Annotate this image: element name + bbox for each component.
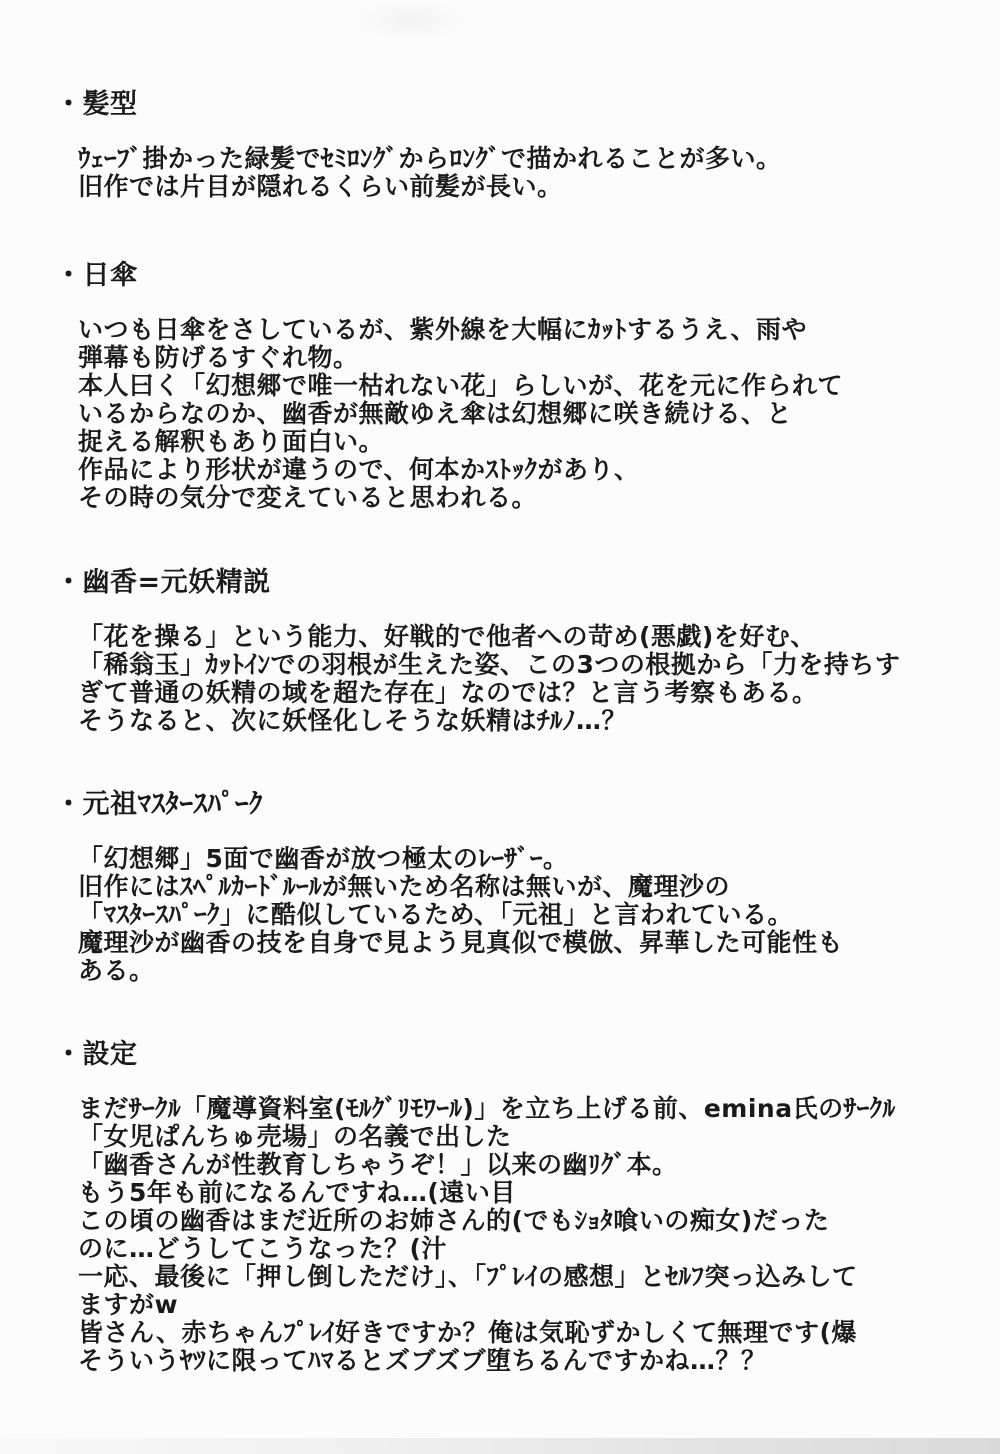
text-line: そうなると、次に妖怪化しそうな妖精はﾁﾙﾉ…？ [78,707,1000,735]
text-line: 「稀翁玉」ｶｯﾄｲﾝでの羽根が生えた姿、この3つの根拠から「力を持ちす [78,651,1000,679]
text-line: 「女児ぱんちゅ売場」の名義で出した [78,1123,1000,1151]
section-original-master-spark: ・元祖ﾏｽﾀｰｽﾊﾟｰｸ 「幻想郷」5面で幽香が放つ極太のﾚｰｻﾞｰ。 旧作には… [0,790,1000,985]
section-body: まだｻｰｸﾙ「魔導資料室(ﾓﾙｸﾞﾘﾓﾜｰﾙ)」を立ち上げる前、emina氏のｻ… [0,1095,1000,1375]
text-line: ｳｪｰﾌﾞ掛かった緑髪でｾﾐﾛﾝｸﾞからﾛﾝｸﾞで描かれることが多い。 [78,145,1000,173]
section-body: いつも日傘をさしているが、紫外線を大幅にｶｯﾄするうえ、雨や 弾幕も防げるすぐれ… [0,316,1000,512]
text-line: 「ﾏｽﾀｰｽﾊﾟｰｸ」に酷似しているため、「元祖」と言われている。 [78,901,1000,929]
section-hairstyle: ・髪型 ｳｪｰﾌﾞ掛かった緑髪でｾﾐﾛﾝｸﾞからﾛﾝｸﾞで描かれることが多い。 … [0,90,1000,201]
section-body: 「幻想郷」5面で幽香が放つ極太のﾚｰｻﾞｰ。 旧作にはｽﾍﾟﾙｶｰﾄﾞﾙｰﾙが無… [0,845,1000,985]
text-line: 弾幕も防げるすぐれ物。 [78,344,1000,372]
text-line: ある。 [78,957,1000,985]
text-line: その時の気分で変えていると思われる。 [78,484,1000,512]
section-body: 「花を操る」という能力、好戦的で他者への苛め(悪戯)を好む、 「稀翁玉」ｶｯﾄｲ… [0,623,1000,735]
text-line: 「幻想郷」5面で幽香が放つ極太のﾚｰｻﾞｰ。 [78,845,1000,873]
section-heading: ・髪型 [0,90,1000,120]
text-line: いつも日傘をさしているが、紫外線を大幅にｶｯﾄするうえ、雨や [78,316,1000,344]
section-parasol: ・日傘 いつも日傘をさしているが、紫外線を大幅にｶｯﾄするうえ、雨や 弾幕も防げ… [0,261,1000,512]
text-line: 旧作では片目が隠れるくらい前髪が長い。 [78,173,1000,201]
text-line: 作品により形状が違うので、何本かｽﾄｯｸがあり、 [78,456,1000,484]
text-line: いるからなのか、幽香が無敵ゆえ傘は幻想郷に咲き続ける、と [78,400,1000,428]
text-line: 「幽香さんが性教育しちゃうぞ！」以来の幽ﾘｸﾞ本。 [78,1151,1000,1179]
scanned-document-page: ・髪型 ｳｪｰﾌﾞ掛かった緑髪でｾﾐﾛﾝｸﾞからﾛﾝｸﾞで描かれることが多い。 … [0,0,1000,1454]
text-line: 一応、最後に「押し倒しただけ」、「ﾌﾟﾚｲの感想」とｾﾙﾌ突っ込みして [78,1263,1000,1291]
text-line: 皆さん、赤ちゃんﾌﾟﾚｲ好きですか？俺は気恥ずかしくて無理です(爆 [78,1319,1000,1347]
text-line: もう5年も前になるんですね…(遠い目 [78,1179,1000,1207]
text-line: のに…どうしてこうなった？(汁 [78,1235,1000,1263]
text-line: 本人曰く「幻想郷で唯一枯れない花」らしいが、花を元に作られて [78,372,1000,400]
scan-artifact-bottom [0,1438,1000,1454]
section-heading: ・元祖ﾏｽﾀｰｽﾊﾟｰｸ [0,790,1000,820]
text-line: 「花を操る」という能力、好戦的で他者への苛め(悪戯)を好む、 [78,623,1000,651]
section-heading: ・幽香=元妖精説 [0,568,1000,598]
section-settings: ・設定 まだｻｰｸﾙ「魔導資料室(ﾓﾙｸﾞﾘﾓﾜｰﾙ)」を立ち上げる前、emin… [0,1040,1000,1375]
text-line: 捉える解釈もあり面白い。 [78,428,1000,456]
text-line: まだｻｰｸﾙ「魔導資料室(ﾓﾙｸﾞﾘﾓﾜｰﾙ)」を立ち上げる前、emina氏のｻ… [78,1095,1000,1123]
text-line: そういうﾔﾂに限ってﾊﾏるとズブズブ堕ちるんですかね…？？ [78,1347,1000,1375]
text-line: 旧作にはｽﾍﾟﾙｶｰﾄﾞﾙｰﾙが無いため名称は無いが、魔理沙の [78,873,1000,901]
scan-artifact-top [350,0,470,40]
text-line: ますがw [78,1291,1000,1319]
text-line: ぎて普通の妖精の域を超た存在」なのでは？と言う考察もある。 [78,679,1000,707]
section-heading: ・設定 [0,1040,1000,1070]
text-line: この頃の幽香はまだ近所のお姉さん的(でもｼｮﾀ喰いの痴女)だった [78,1207,1000,1235]
section-body: ｳｪｰﾌﾞ掛かった緑髪でｾﾐﾛﾝｸﾞからﾛﾝｸﾞで描かれることが多い。 旧作では… [0,145,1000,201]
section-former-fairy-theory: ・幽香=元妖精説 「花を操る」という能力、好戦的で他者への苛め(悪戯)を好む、 … [0,568,1000,735]
section-heading: ・日傘 [0,261,1000,291]
text-line: 魔理沙が幽香の技を自身で見よう見真似で模倣、昇華した可能性も [78,929,1000,957]
